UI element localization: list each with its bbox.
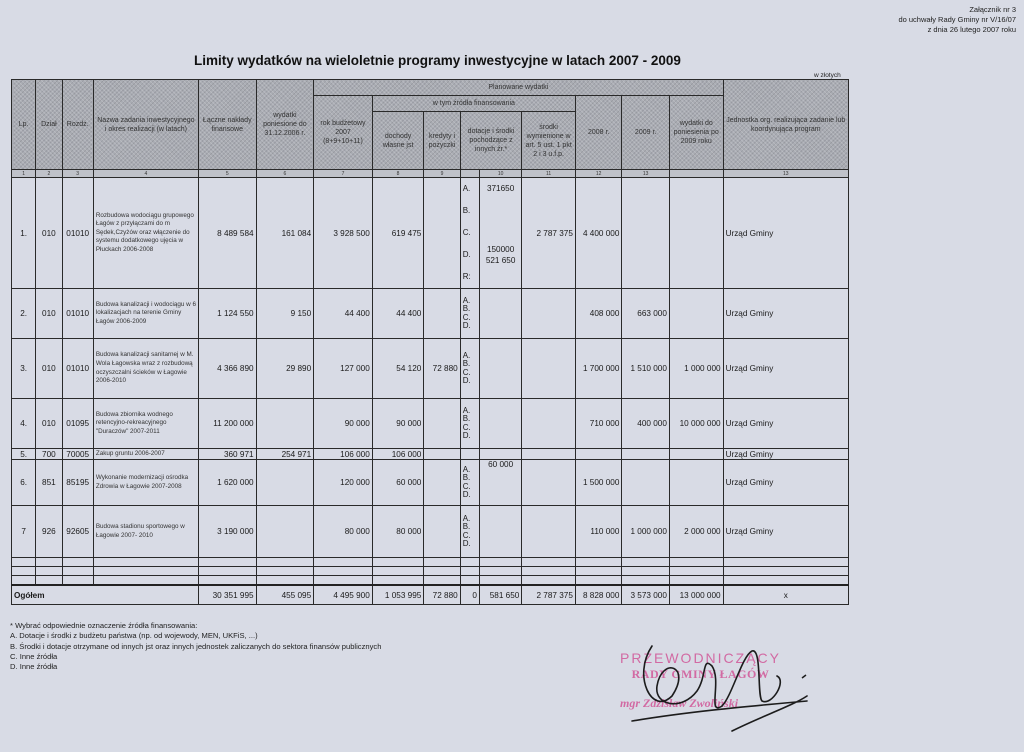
row-source-letters	[460, 449, 479, 460]
row-budget-2007: 120 000	[314, 460, 373, 506]
grant-value	[482, 200, 519, 222]
column-number: 6	[256, 170, 314, 178]
row-credits	[424, 399, 460, 449]
source-letter: D.	[463, 540, 477, 549]
table-row: 5.70070005Zakup gruntu 2006-2007360 9712…	[12, 449, 849, 460]
row-rozdz: 01095	[62, 399, 93, 449]
table-row: 4.01001095Budowa zbiornika wodnego reten…	[12, 399, 849, 449]
table-row: 6.85185195Wykonanie modernizacji ośrodka…	[12, 460, 849, 506]
empty-cell	[93, 576, 198, 586]
row-2008	[575, 449, 621, 460]
empty-cell	[669, 567, 723, 576]
total-credits: 72 880	[424, 585, 460, 605]
row-total-outlays: 360 971	[198, 449, 256, 460]
row-grants: 60 000	[479, 460, 521, 506]
empty-cell	[522, 558, 576, 567]
empty-cell	[198, 567, 256, 576]
total-after-2009: 13 000 000	[669, 585, 723, 605]
header-2008: 2008 r.	[575, 96, 621, 170]
row-source-letters: A.B.C.D.	[460, 506, 479, 558]
row-after-2009: 1 000 000	[669, 339, 723, 399]
empty-cell	[424, 576, 460, 586]
total-label: Ogółem	[12, 585, 199, 605]
row-art5-funds: 2 787 375	[522, 178, 576, 289]
total-art5-funds: 2 787 375	[522, 585, 576, 605]
empty-cell	[723, 576, 848, 586]
row-rozdz: 01010	[62, 289, 93, 339]
source-letter: D.	[463, 491, 477, 500]
row-art5-funds	[522, 506, 576, 558]
total-grants: 581 650	[479, 585, 521, 605]
empty-cell	[62, 558, 93, 567]
row-grants	[479, 449, 521, 460]
empty-cell	[372, 567, 424, 576]
column-number: 8	[372, 170, 424, 178]
row-own-income: 54 120	[372, 339, 424, 399]
row-credits: 72 880	[424, 339, 460, 399]
row-grants	[479, 289, 521, 339]
row-source-letters: A.B.C.D.	[460, 399, 479, 449]
row-2008: 4 400 000	[575, 178, 621, 289]
row-budget-2007: 3 928 500	[314, 178, 373, 289]
row-2008: 110 000	[575, 506, 621, 558]
footnote-a: A. Dotacje i środki z budżetu państwa (n…	[10, 631, 381, 641]
row-source-letters: A.B.C.D.	[460, 460, 479, 506]
row-2009: 1 510 000	[622, 339, 670, 399]
source-letter: A.	[463, 178, 477, 200]
empty-cell	[669, 558, 723, 567]
row-total-outlays: 4 366 890	[198, 339, 256, 399]
row-2008: 1 500 000	[575, 460, 621, 506]
row-credits	[424, 460, 460, 506]
row-credits	[424, 178, 460, 289]
row-spent-2006: 161 084	[256, 178, 314, 289]
footnote-intro: * Wybrać odpowiednie oznaczenie źródła f…	[10, 621, 381, 631]
empty-cell	[479, 567, 521, 576]
header-credits: kredyty i pożyczki	[424, 112, 460, 170]
row-credits	[424, 289, 460, 339]
annex-number: Załącznik nr 3	[898, 5, 1016, 15]
empty-cell	[36, 567, 62, 576]
total-own-income: 1 053 995	[372, 585, 424, 605]
grant-value: 521 650	[482, 255, 519, 266]
footnote-c: C. Inne źródła	[10, 652, 381, 662]
row-rozdz: 92605	[62, 506, 93, 558]
row-own-income: 106 000	[372, 449, 424, 460]
row-art5-funds	[522, 399, 576, 449]
header-dzial: Dział	[36, 80, 62, 170]
table-row: 792692605Budowa stadionu sportowego w Ła…	[12, 506, 849, 558]
row-lp: 1.	[12, 178, 36, 289]
footnote-b: B. Środki i dotacje otrzymane od innych …	[10, 642, 381, 652]
empty-cell	[460, 567, 479, 576]
row-after-2009: 2 000 000	[669, 506, 723, 558]
table-row: 1.01001010Rozbudowa wodociągu grupowego …	[12, 178, 849, 289]
row-source-letters: A.B.C.D.R:	[460, 178, 479, 289]
row-task-name: Rozbudowa wodociągu grupowego Łagów z pr…	[93, 178, 198, 289]
empty-cell	[12, 567, 36, 576]
total-spent-2006: 455 095	[256, 585, 314, 605]
row-own-income: 80 000	[372, 506, 424, 558]
row-budget-2007: 44 400	[314, 289, 373, 339]
empty-cell	[93, 558, 198, 567]
header-2009: 2009 r.	[622, 96, 670, 170]
footnote: * Wybrać odpowiednie oznaczenie źródła f…	[10, 621, 381, 672]
row-art5-funds	[522, 339, 576, 399]
row-lp: 7	[12, 506, 36, 558]
row-dzial: 010	[36, 178, 62, 289]
row-lp: 3.	[12, 339, 36, 399]
row-art5-funds	[522, 449, 576, 460]
column-number	[669, 170, 723, 178]
signature-icon	[612, 636, 812, 736]
header-rozdz: Rozdz.	[62, 80, 93, 170]
header-art5-funds: środki wymienione w art. 5 ust. 1 pkt 2 …	[522, 112, 576, 170]
row-spent-2006	[256, 399, 314, 449]
empty-cell	[314, 567, 373, 576]
row-art5-funds	[522, 460, 576, 506]
empty-cell	[669, 576, 723, 586]
source-letter: B.	[463, 200, 477, 222]
empty-cell	[723, 567, 848, 576]
row-budget-2007: 127 000	[314, 339, 373, 399]
column-number: 2	[36, 170, 62, 178]
grant-value: 60 000	[482, 460, 519, 469]
row-own-income: 90 000	[372, 399, 424, 449]
row-lp: 4.	[12, 399, 36, 449]
empty-cell	[314, 558, 373, 567]
row-dzial: 851	[36, 460, 62, 506]
empty-cell	[575, 558, 621, 567]
grant-value: 371650	[482, 178, 519, 200]
row-2009: 1 000 000	[622, 506, 670, 558]
empty-cell	[372, 558, 424, 567]
row-spent-2006	[256, 506, 314, 558]
empty-row	[12, 558, 849, 567]
row-credits	[424, 449, 460, 460]
header-budget-year: rok budżetowy 2007 (8+9+10+11)	[314, 96, 373, 170]
row-after-2009: 10 000 000	[669, 399, 723, 449]
row-org-unit: Urząd Gminy	[723, 339, 848, 399]
row-art5-funds	[522, 289, 576, 339]
empty-cell	[424, 558, 460, 567]
row-task-name: Budowa kanalizacji sanitarnej w M. Wola …	[93, 339, 198, 399]
empty-cell	[93, 567, 198, 576]
empty-cell	[36, 576, 62, 586]
row-rozdz: 70005	[62, 449, 93, 460]
empty-cell	[723, 558, 848, 567]
empty-cell	[575, 576, 621, 586]
empty-cell	[479, 576, 521, 586]
row-dzial: 010	[36, 339, 62, 399]
row-grants	[479, 339, 521, 399]
empty-cell	[479, 558, 521, 567]
empty-cell	[62, 576, 93, 586]
row-org-unit: Urząd Gminy	[723, 289, 848, 339]
empty-cell	[522, 576, 576, 586]
total-org-unit: x	[723, 585, 848, 605]
empty-cell	[460, 576, 479, 586]
total-budget-2007: 4 495 900	[314, 585, 373, 605]
row-task-name: Wykonanie modernizacji ośrodka Zdrowia w…	[93, 460, 198, 506]
empty-cell	[12, 576, 36, 586]
header-grants: dotacje i środki pochodzące z innych źr.…	[460, 112, 522, 170]
empty-row	[12, 567, 849, 576]
row-spent-2006	[256, 460, 314, 506]
row-2008: 710 000	[575, 399, 621, 449]
total-source-count: 0	[460, 585, 479, 605]
row-total-outlays: 8 489 584	[198, 178, 256, 289]
row-org-unit: Urząd Gminy	[723, 460, 848, 506]
row-2009	[622, 460, 670, 506]
row-dzial: 010	[36, 289, 62, 339]
column-number: 13	[622, 170, 670, 178]
row-after-2009	[669, 178, 723, 289]
header-task-name: Nazwa zadania inwestycyjnego i okres rea…	[93, 80, 198, 170]
row-task-name: Budowa zbiornika wodnego retencyjno-rekr…	[93, 399, 198, 449]
empty-cell	[256, 576, 314, 586]
row-grants: 371650150000521 650	[479, 178, 521, 289]
empty-cell	[198, 558, 256, 567]
header-planned: Planowane wydatki	[314, 80, 723, 96]
empty-cell	[522, 567, 576, 576]
row-org-unit: Urząd Gminy	[723, 506, 848, 558]
empty-cell	[256, 558, 314, 567]
row-2009: 400 000	[622, 399, 670, 449]
header-spent-2006: wydatki poniesione do 31.12.2006 r.	[256, 80, 314, 170]
document-title: Limity wydatków na wieloletnie programy …	[194, 53, 681, 68]
row-budget-2007: 80 000	[314, 506, 373, 558]
row-source-letters: A.B.C.D.	[460, 339, 479, 399]
source-letter: D.	[463, 322, 477, 331]
row-2008: 1 700 000	[575, 339, 621, 399]
row-credits	[424, 506, 460, 558]
investment-limits-table: Lp. Dział Rozdz. Nazwa zadania inwestycy…	[11, 79, 849, 605]
total-2009: 3 573 000	[622, 585, 670, 605]
row-dzial: 010	[36, 399, 62, 449]
row-rozdz: 85195	[62, 460, 93, 506]
source-letter: C.	[463, 222, 477, 244]
row-spent-2006: 254 971	[256, 449, 314, 460]
row-rozdz: 01010	[62, 178, 93, 289]
header-sources: w tym źródła finansowania	[372, 96, 575, 112]
empty-row	[12, 576, 849, 586]
column-number-row: 1234567891011121313	[12, 170, 849, 178]
row-task-name: Zakup gruntu 2006-2007	[93, 449, 198, 460]
row-own-income: 44 400	[372, 289, 424, 339]
empty-cell	[622, 576, 670, 586]
row-2009	[622, 449, 670, 460]
column-number	[460, 170, 479, 178]
column-number: 12	[575, 170, 621, 178]
row-budget-2007: 106 000	[314, 449, 373, 460]
empty-cell	[62, 567, 93, 576]
empty-cell	[622, 558, 670, 567]
row-dzial: 700	[36, 449, 62, 460]
source-letter: D.	[463, 377, 477, 386]
table-row: 2.01001010Budowa kanalizacji i wodociągu…	[12, 289, 849, 339]
row-total-outlays: 11 200 000	[198, 399, 256, 449]
column-number: 5	[198, 170, 256, 178]
empty-cell	[198, 576, 256, 586]
row-rozdz: 01010	[62, 339, 93, 399]
row-2008: 408 000	[575, 289, 621, 339]
row-after-2009	[669, 449, 723, 460]
column-number: 10	[479, 170, 521, 178]
row-lp: 6.	[12, 460, 36, 506]
row-org-unit: Urząd Gminy	[723, 399, 848, 449]
column-number: 7	[314, 170, 373, 178]
header-org-unit: Jednostka org. realizująca zadanie lub k…	[723, 80, 848, 170]
row-total-outlays: 3 190 000	[198, 506, 256, 558]
column-number: 9	[424, 170, 460, 178]
empty-cell	[622, 567, 670, 576]
empty-cell	[460, 558, 479, 567]
empty-cell	[12, 558, 36, 567]
empty-cell	[36, 558, 62, 567]
row-grants	[479, 506, 521, 558]
total-2008: 8 828 000	[575, 585, 621, 605]
row-dzial: 926	[36, 506, 62, 558]
row-total-outlays: 1 124 550	[198, 289, 256, 339]
column-number: 3	[62, 170, 93, 178]
header-after-2009: wydatki do poniesienia po 2009 roku	[669, 96, 723, 170]
source-letter: D.	[463, 432, 477, 441]
row-own-income: 619 475	[372, 178, 424, 289]
empty-cell	[424, 567, 460, 576]
currency-unit: w złotych	[814, 72, 841, 79]
footnote-d: D. Inne źródła	[10, 662, 381, 672]
source-letter: D.	[463, 244, 477, 266]
column-number: 13	[723, 170, 848, 178]
row-2009: 663 000	[622, 289, 670, 339]
source-letter: R:	[463, 266, 477, 288]
empty-cell	[256, 567, 314, 576]
row-grants	[479, 399, 521, 449]
header-total-outlays: Łączne nakłady finansowe	[198, 80, 256, 170]
column-number: 11	[522, 170, 576, 178]
row-spent-2006: 9 150	[256, 289, 314, 339]
row-total-outlays: 1 620 000	[198, 460, 256, 506]
empty-cell	[314, 576, 373, 586]
annex-reference: Załącznik nr 3 do uchwały Rady Gminy nr …	[898, 5, 1016, 35]
header-own-income: dochody własne jst	[372, 112, 424, 170]
empty-cell	[372, 576, 424, 586]
header-lp: Lp.	[12, 80, 36, 170]
row-2009	[622, 178, 670, 289]
row-org-unit: Urząd Gminy	[723, 178, 848, 289]
annex-date: z dnia 26 lutego 2007 roku	[898, 25, 1016, 35]
row-task-name: Budowa stadionu sportowego w Łagowie 200…	[93, 506, 198, 558]
row-budget-2007: 90 000	[314, 399, 373, 449]
row-source-letters: A.B.C.D.	[460, 289, 479, 339]
grant-value: 150000	[482, 244, 519, 255]
annex-resolution: do uchwały Rady Gminy nr V/16/07	[898, 15, 1016, 25]
empty-cell	[575, 567, 621, 576]
total-row: Ogółem30 351 995455 0954 495 9001 053 99…	[12, 585, 849, 605]
column-number: 4	[93, 170, 198, 178]
table-row: 3.01001010Budowa kanalizacji sanitarnej …	[12, 339, 849, 399]
grant-value	[482, 222, 519, 244]
row-org-unit: Urząd Gminy	[723, 449, 848, 460]
row-own-income: 60 000	[372, 460, 424, 506]
row-lp: 2.	[12, 289, 36, 339]
row-lp: 5.	[12, 449, 36, 460]
row-spent-2006: 29 890	[256, 339, 314, 399]
total-outlays: 30 351 995	[198, 585, 256, 605]
column-number: 1	[12, 170, 36, 178]
row-task-name: Budowa kanalizacji i wodociągu w 6 lokal…	[93, 289, 198, 339]
row-after-2009	[669, 460, 723, 506]
row-after-2009	[669, 289, 723, 339]
